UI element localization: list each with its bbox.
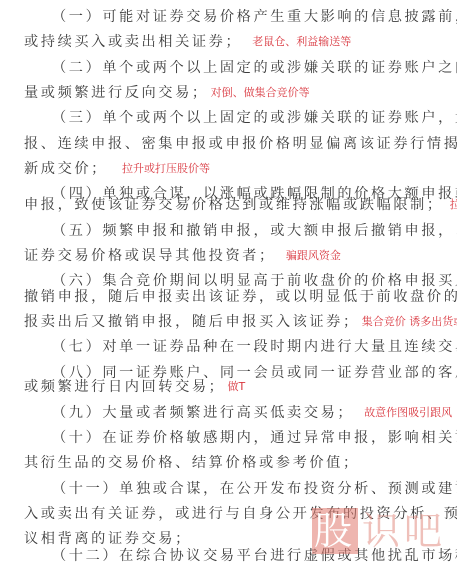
clause-5-line-1: （五）频繁申报和撤销申报，或大额申报后撤销申报，以影响 xyxy=(52,220,457,242)
line-text: （一）可能对证券交易价格产生重大影响的信息披露前，大量 xyxy=(52,9,457,25)
annotation-note: 做T xyxy=(227,380,245,393)
watermark-boxed-char: 股 xyxy=(312,508,358,554)
clause-4-line-2: 申报，致使该证券交易价格达到或维持涨幅或跌幅限制；拉升并封涨停板 xyxy=(24,194,457,216)
line-text: 或频繁进行日内回转交易； xyxy=(24,379,225,395)
clause-3-line-3: 新成交价；拉升或打压股价等 xyxy=(24,158,210,180)
annotation-note: 拉升或打压股价等 xyxy=(122,162,210,175)
clause-10-line-2: 其衍生品的交易价格、结算价格或参考价值； xyxy=(24,452,360,474)
line-text: 或持续买入或卖出相关证券； xyxy=(24,34,242,50)
clause-2-line-1: （二）单个或两个以上固定的或涉嫌关联的证券账户之间，大 xyxy=(52,57,457,79)
annotation-note: 故意作图吸引跟风 xyxy=(364,406,452,419)
line-text: （九）大量或者频繁进行高买低卖交易； xyxy=(52,405,354,421)
clause-2-line-2: 量或频繁进行反向交易；对倒、做集合竞价等 xyxy=(24,82,310,104)
line-text: 申报，致使该证券交易价格达到或维持涨幅或跌幅限制； xyxy=(24,197,444,213)
clause-5-line-2: 证券交易价格或误导其他投资者；骗跟风资金 xyxy=(24,245,341,267)
clause-3-line-2: 报、连续申报、密集申报或申报价格明显偏离该证券行情揭示的最 xyxy=(24,133,457,155)
line-text: （五）频繁申报和撤销申报，或大额申报后撤销申报，以影响 xyxy=(52,223,457,239)
clause-11-line-1: （十一）单独或合谋，在公开发布投资分析、预测或建议前买 xyxy=(52,478,457,500)
annotation-note: 老鼠仓、利益输送等 xyxy=(252,35,351,48)
annotation-note: 骗跟风资金 xyxy=(286,249,341,262)
clause-10-line-1: （十）在证券价格敏感期内，通过异常申报，影响相关证券或 xyxy=(52,427,457,449)
line-text: （十一）单独或合谋，在公开发布投资分析、预测或建议前买 xyxy=(52,481,457,497)
annotation-note: 集合竞价 诱多出货或者打压吸货 xyxy=(362,315,457,328)
clause-6-line-2: 撤销申报，随后申报卖出该证券，或以明显低于前收盘价的价格申 xyxy=(24,286,457,308)
clause-1-line-1: （一）可能对证券交易价格产生重大影响的信息披露前，大量 xyxy=(52,6,457,28)
watermark-text: 识吧 xyxy=(362,508,446,554)
line-text: 证券交易价格或误导其他投资者； xyxy=(24,248,276,264)
line-text: 量或频繁进行反向交易； xyxy=(24,85,209,101)
annotation-note: 拉升并封涨停板 xyxy=(450,198,457,211)
clause-9-line-1: （九）大量或者频繁进行高买低卖交易；故意作图吸引跟风 xyxy=(52,402,452,424)
line-text: （七）对单一证券品种在一段时期内进行大量且连续交易； xyxy=(52,339,457,355)
line-text: （十）在证券价格敏感期内，通过异常申报，影响相关证券或 xyxy=(52,430,457,446)
line-text: 撤销申报，随后申报卖出该证券，或以明显低于前收盘价的价格申 xyxy=(24,289,457,305)
line-text: （三）单个或两个以上固定的或涉嫌关联的证券账户，大笔申 xyxy=(52,110,457,126)
clause-8-line-2: 或频繁进行日内回转交易；做T xyxy=(24,376,245,398)
clause-3-line-1: （三）单个或两个以上固定的或涉嫌关联的证券账户，大笔申 xyxy=(52,107,457,129)
line-text: 报、连续申报、密集申报或申报价格明显偏离该证券行情揭示的最 xyxy=(24,136,457,152)
line-text: 其衍生品的交易价格、结算价格或参考价值； xyxy=(24,455,360,471)
line-text: （二）单个或两个以上固定的或涉嫌关联的证券账户之间，大 xyxy=(52,60,457,76)
watermark-logo: 股 识吧 xyxy=(312,508,446,554)
regulation-document: （一）可能对证券交易价格产生重大影响的信息披露前，大量 或持续买入或卖出相关证券… xyxy=(0,0,457,570)
annotation-note: 对倒、做集合竞价等 xyxy=(211,86,310,99)
clause-7-line-1: （七）对单一证券品种在一段时期内进行大量且连续交易； xyxy=(52,336,457,358)
clause-1-line-2: 或持续买入或卖出相关证券；老鼠仓、利益输送等 xyxy=(24,31,351,53)
line-text: 报卖出后又撤销申报，随后申报买入该证券； xyxy=(24,314,360,330)
clause-6-line-3: 报卖出后又撤销申报，随后申报买入该证券；集合竞价 诱多出货或者打压吸货 xyxy=(24,311,457,333)
line-text: 新成交价； xyxy=(24,161,108,177)
